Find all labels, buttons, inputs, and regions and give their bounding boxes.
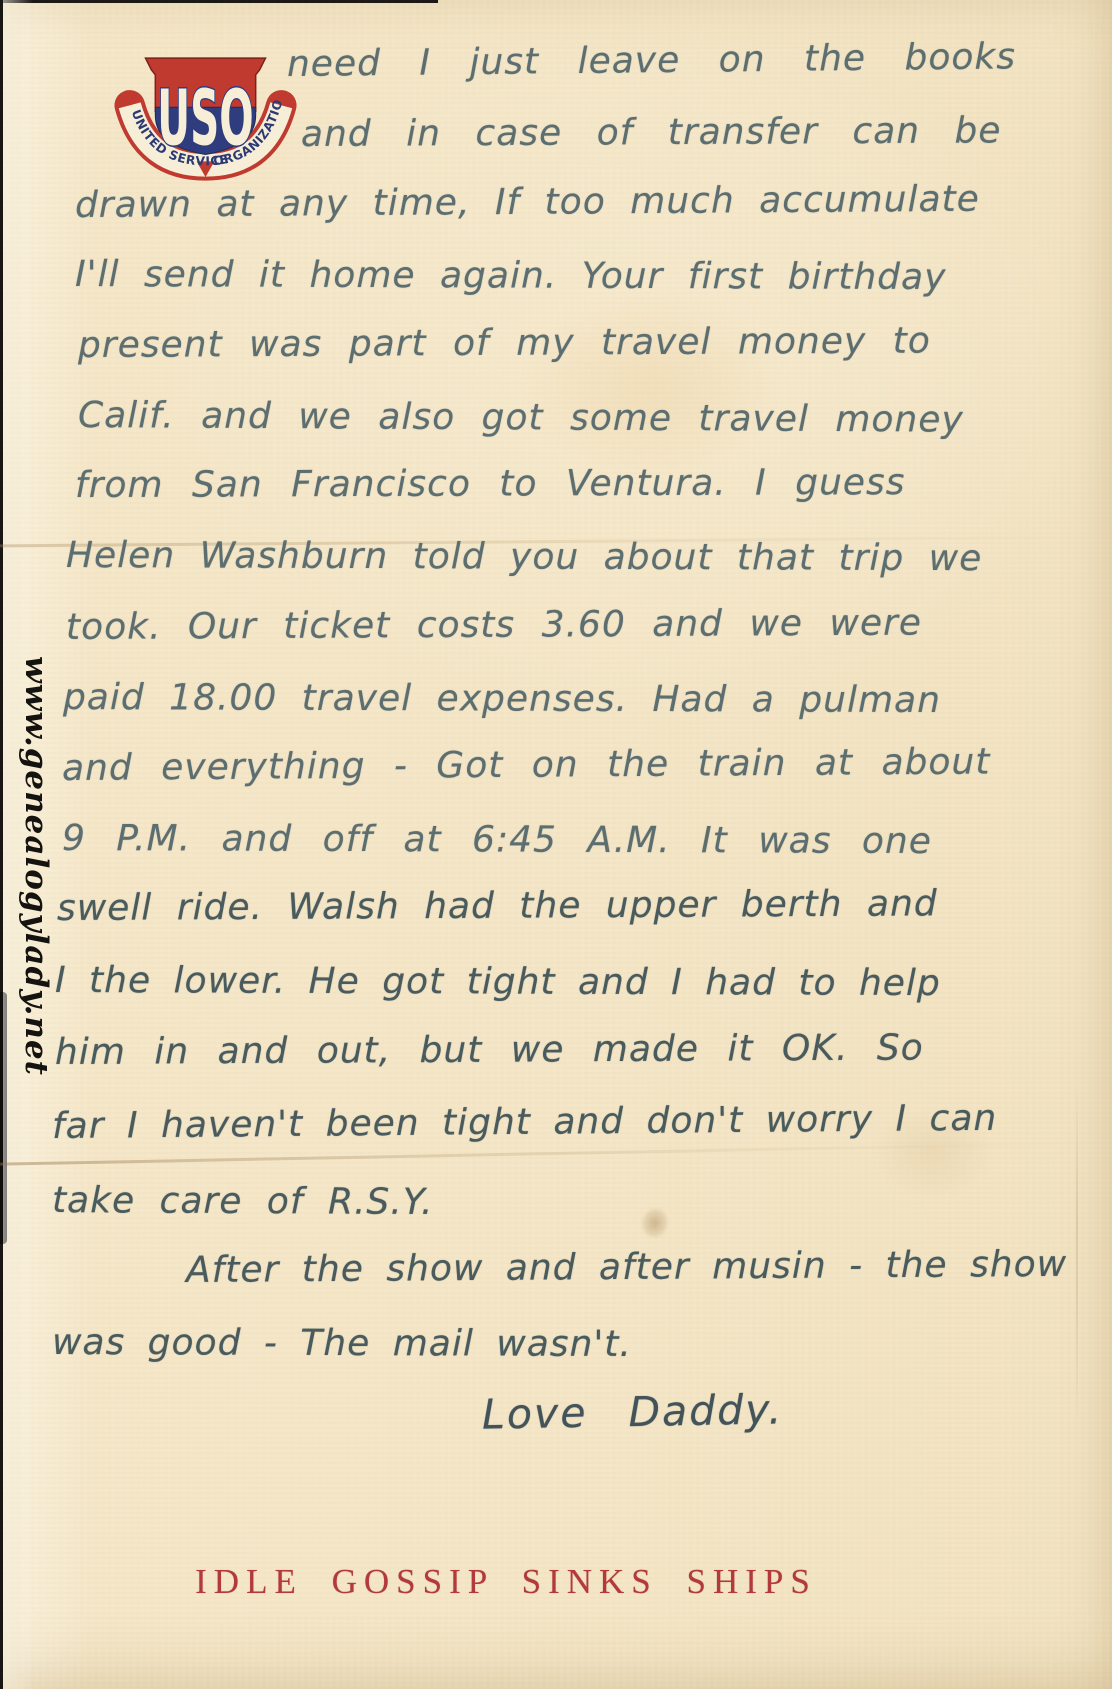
ink-smudge-stain: [639, 1206, 671, 1241]
letter-line: After the show and after musin - the sho…: [186, 1244, 1067, 1291]
letter-line: was good - The mail wasn't.: [52, 1322, 632, 1365]
letter-line: and in case of transfer can be: [301, 110, 1002, 155]
letter-line: I the lower. He got tight and I had to h…: [55, 960, 941, 1004]
letter-line: him in and out, but we made it OK. So: [55, 1027, 924, 1073]
crease-vertical-right: [1076, 1080, 1078, 1430]
watermark-url: www.genealogylady.net: [18, 656, 54, 1076]
letter-line: drawn at any time, If too much accumulat…: [75, 179, 980, 226]
letter-line: need I just leave on the books: [287, 36, 1016, 85]
letter-line: present was part of my travel money to: [78, 321, 931, 366]
letter-line: far I haven't been tight and don't worry…: [52, 1098, 998, 1147]
footer-slogan: IDLE GOSSIP SINKS SHIPS: [178, 1562, 834, 1602]
letter-page: USO UNITED SERVICE ORGANIZATIONS www.gen…: [0, 0, 1112, 1689]
letter-line: took. Our ticket costs 3.60 and we were: [66, 603, 922, 648]
letter-line: from San Francisco to Ventura. I guess: [75, 462, 906, 506]
letter-line: Calif. and we also got some travel money: [78, 395, 964, 441]
letter-line: 9 P.M. and off at 6:45 A.M. It was one: [62, 818, 932, 862]
signature: Love Daddy.: [482, 1385, 784, 1438]
letter-line: I'll send it home again. Your first birt…: [75, 254, 947, 298]
letter-line: Helen Washburn told you about that trip …: [66, 535, 982, 579]
letter-line: swell ride. Walsh had the upper berth an…: [57, 883, 938, 929]
scan-edge-top: [0, 0, 438, 3]
uso-ribbon-curl-left: [124, 97, 132, 105]
paper-discoloration-stain: [520, 290, 780, 480]
uso-logo: USO UNITED SERVICE ORGANIZATIONS: [112, 54, 299, 197]
letter-line: take care of R.S.Y.: [52, 1180, 434, 1223]
letter-line: paid 18.00 travel expenses. Had a pulman: [63, 677, 941, 721]
letter-line: and everything - Got on the train at abo…: [62, 742, 991, 789]
